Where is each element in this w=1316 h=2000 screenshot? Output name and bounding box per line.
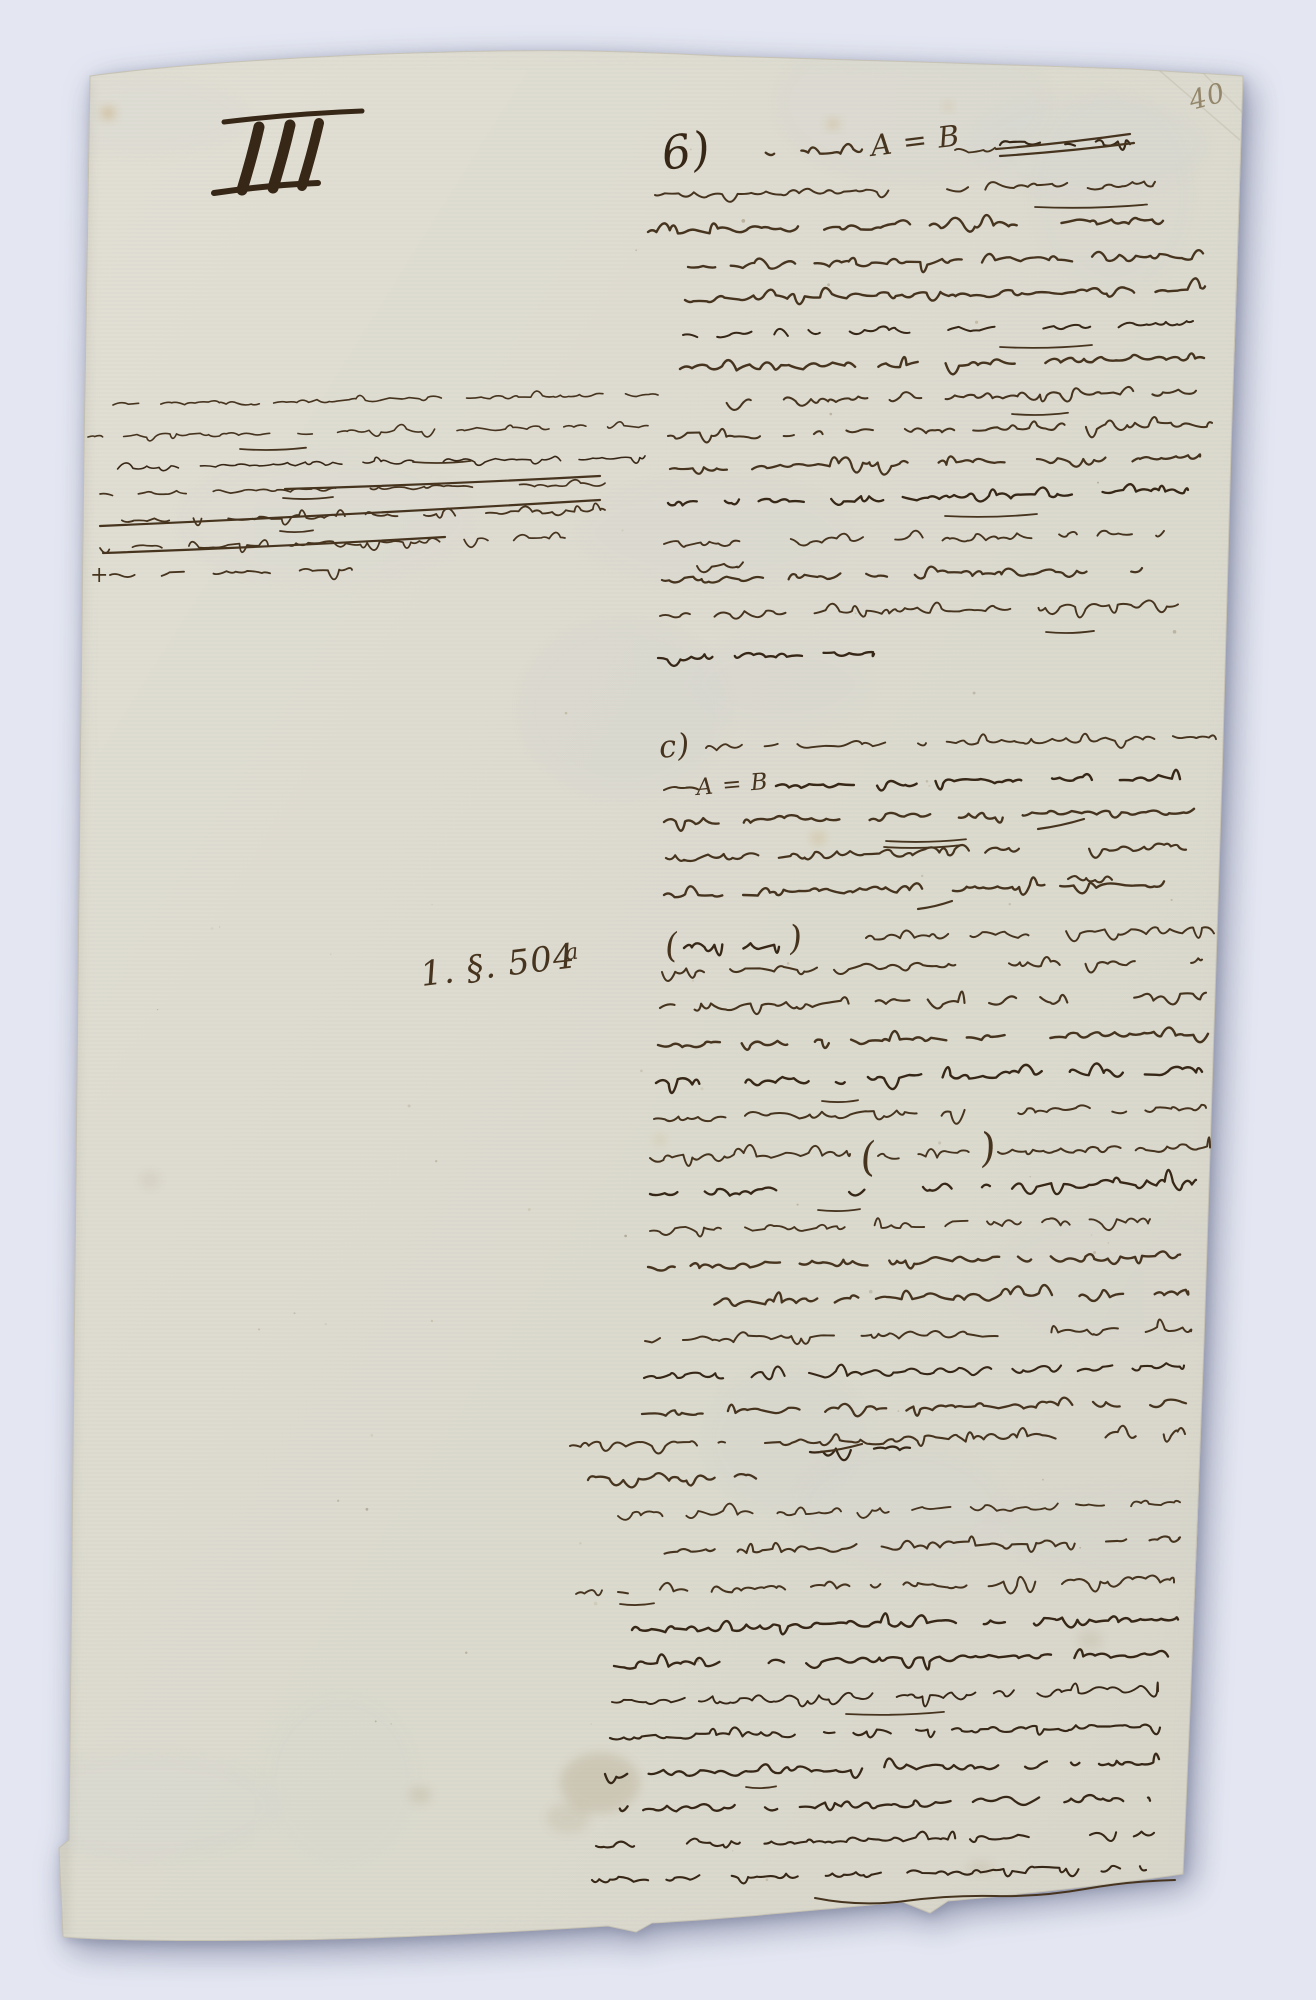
paper-sheet (5, 28, 1316, 1970)
stain (140, 1172, 160, 1188)
token-plus-insert-mark: + (90, 563, 109, 588)
stain (654, 1135, 666, 1145)
foxing-speck (590, 1723, 591, 1724)
foxing-speck (921, 875, 923, 877)
mottle-patch (576, 478, 852, 587)
foxing-speck (732, 1850, 733, 1851)
mottle-patch (991, 1213, 1274, 1344)
foxing-speck (797, 1204, 799, 1206)
foxing-speck (528, 1208, 531, 1211)
stain (811, 832, 825, 844)
foxing-speck (408, 1104, 411, 1107)
foxing-speck (1093, 1251, 1096, 1254)
paper-texture (5, 28, 1316, 1970)
foxing-speck (258, 1328, 260, 1330)
foxing-speck (370, 1434, 373, 1437)
stain (944, 102, 952, 110)
stain (1078, 1631, 1102, 1649)
token-reference-504-superscript: a (564, 939, 581, 966)
manuscript-scan: III 6)A = Bc)A = B1. §. 504a40()()+ (0, 0, 1316, 2000)
foxing-speck (1029, 1176, 1031, 1178)
foxing-speck (390, 1723, 391, 1724)
foxing-speck (829, 413, 832, 416)
mottle-patch (982, 1484, 1316, 1575)
mottle-patch (523, 623, 728, 796)
foxing-speck (640, 1070, 643, 1073)
foxing-speck (973, 692, 976, 695)
foxing-speck (294, 1312, 296, 1314)
foxing-speck (827, 283, 830, 286)
foxing-speck (465, 1652, 467, 1654)
token-section-6-marker: 6) (658, 121, 714, 181)
foxing-speck (700, 1087, 703, 1090)
foxing-speck (975, 321, 978, 324)
foxing-speck (1042, 1479, 1044, 1481)
foxing-speck (579, 1542, 581, 1544)
foxing-speck (1091, 1234, 1093, 1236)
foxing-speck (855, 612, 857, 614)
foxing-speck (330, 954, 332, 956)
foxing-speck (1107, 1242, 1109, 1244)
foxing-speck (435, 1160, 437, 1162)
mottle-patch (688, 638, 874, 730)
mottle-patch (32, 78, 248, 153)
foxing-speck (1079, 1547, 1081, 1549)
foxing-speck (1173, 630, 1177, 634)
foxing-speck (157, 1009, 158, 1010)
foxing-speck (594, 1602, 598, 1606)
foxing-speck (624, 1235, 627, 1238)
foxing-speck (431, 904, 432, 905)
foxing-speck (366, 1508, 369, 1511)
foxing-speck (741, 219, 745, 223)
foxing-speck (337, 1500, 339, 1502)
foxing-speck (211, 927, 214, 930)
foxing-speck (375, 1720, 377, 1722)
mottle-patch (5, 1753, 282, 1859)
foxing-speck (928, 785, 930, 787)
foxing-speck (219, 926, 220, 927)
stain (827, 119, 839, 129)
foxing-speck (1097, 482, 1099, 484)
mottle-patch (264, 1694, 419, 1870)
foxing-speck (938, 1141, 941, 1144)
stain (546, 1803, 590, 1833)
mottle-patch (1034, 96, 1192, 295)
token-section-c-marker: c) (657, 727, 692, 766)
foxing-speck (1133, 141, 1134, 142)
foxing-speck (926, 780, 929, 783)
foxing-speck (621, 529, 623, 531)
manuscript-page-svg: III 6)A = Bc)A = B1. §. 504a40()()+ (0, 0, 1316, 2000)
foxing-speck (1171, 899, 1173, 901)
foxing-speck (766, 1878, 769, 1881)
stain (101, 107, 115, 119)
foxing-speck (869, 1290, 873, 1294)
foxing-speck (635, 249, 637, 251)
foxing-speck (565, 712, 568, 715)
foxing-speck (324, 1323, 326, 1325)
stain (408, 1786, 432, 1804)
foxing-speck (692, 980, 694, 982)
foxing-speck (787, 962, 790, 965)
foxing-speck (898, 1410, 900, 1412)
foxing-speck (1009, 903, 1011, 905)
foxing-speck (431, 1320, 433, 1322)
